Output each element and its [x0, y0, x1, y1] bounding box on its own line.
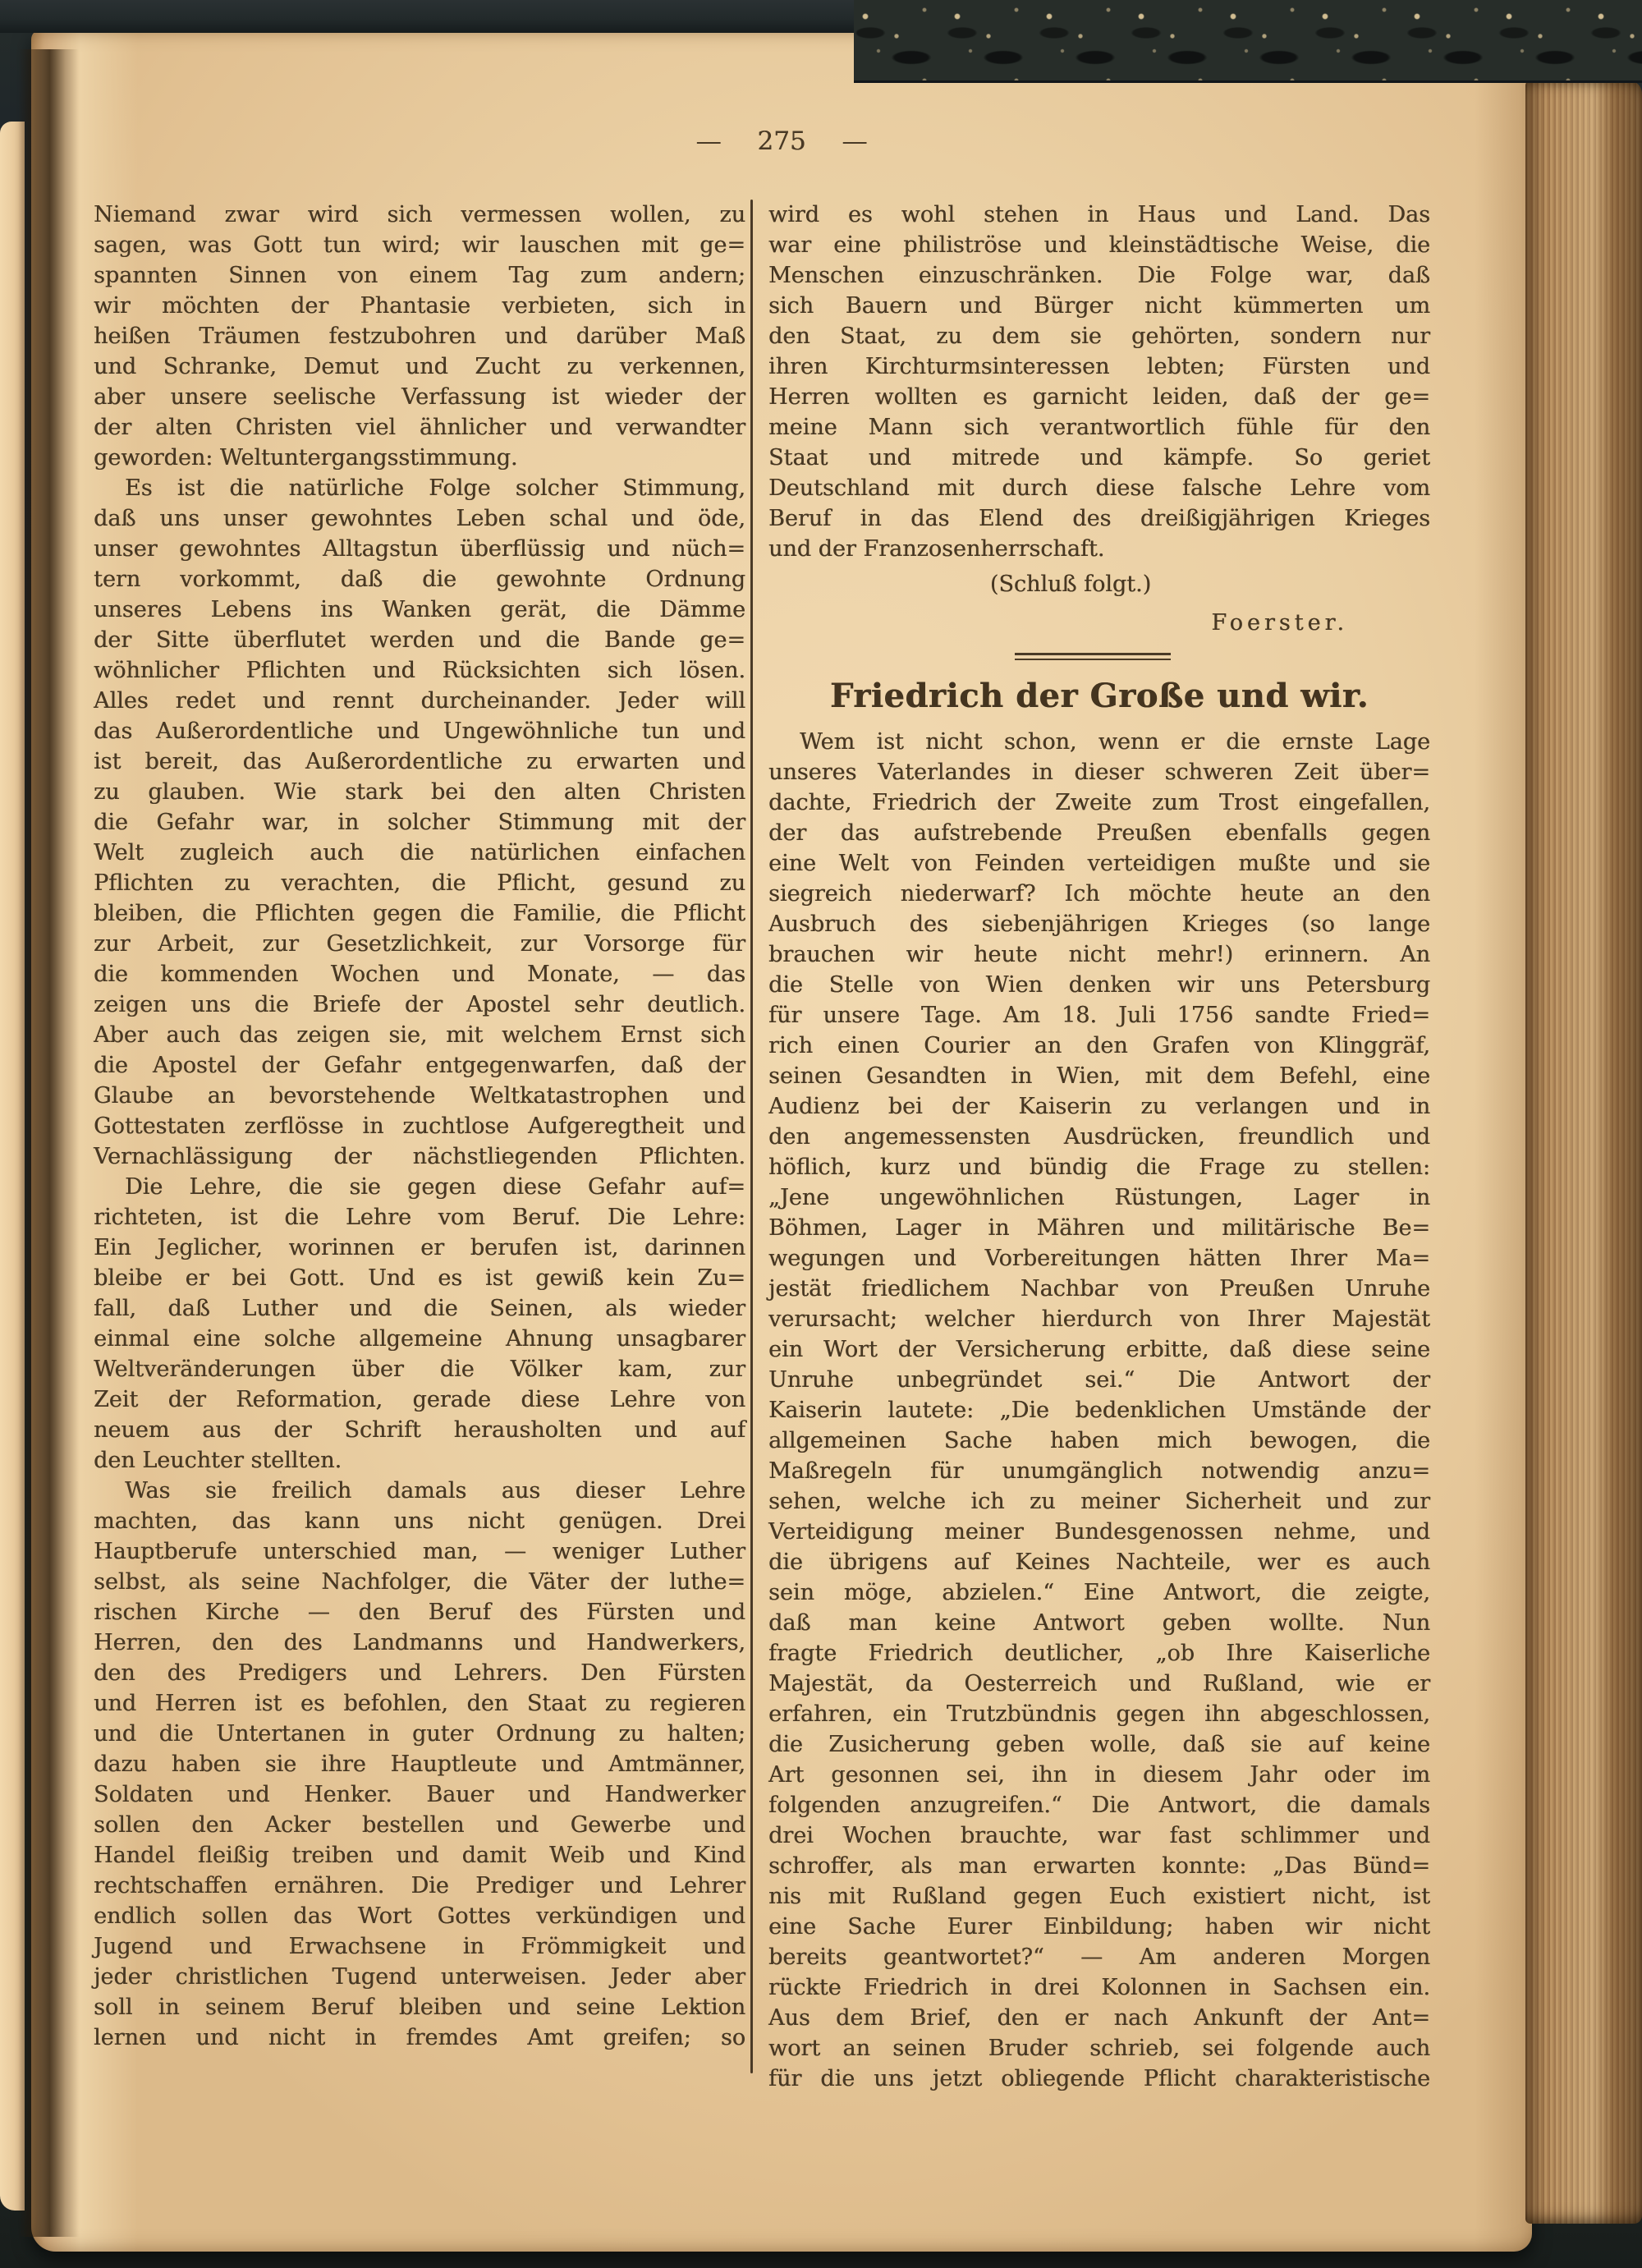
- text-line: ihren Kirchturmsinteressen lebten; Fürst…: [768, 351, 1430, 382]
- text-line: die kommenden Wochen und Monate, — das: [94, 959, 745, 989]
- section-divider-rule: [768, 646, 1430, 666]
- text-line: aber unsere seelische Verfassung ist wie…: [94, 382, 745, 412]
- text-line: Beruf in das Elend des dreißigjährigen K…: [768, 503, 1430, 534]
- book-cover-marbled-corner: [854, 0, 1642, 83]
- text-line: siegreich niederwarf? Ich möchte heute a…: [768, 879, 1430, 909]
- text-line: Maßregeln für unumgänglich notwendig anz…: [768, 1456, 1430, 1486]
- text-line: wegungen und Vorbereitungen hätten Ihrer…: [768, 1243, 1430, 1274]
- text-line: der das aufstrebende Preußen ebenfalls g…: [768, 818, 1430, 848]
- text-line: unser gewohntes Alltagstun überflüssig u…: [94, 534, 745, 564]
- page-number: — 275 —: [31, 126, 1532, 156]
- text-line: den Leuchter stellten.: [94, 1445, 745, 1476]
- text-line: Zeit der Reformation, gerade diese Lehre…: [94, 1384, 745, 1415]
- text-line: Audienz bei der Kaiserin zu verlangen un…: [768, 1091, 1430, 1122]
- text-line: für die uns jetzt obliegende Pflicht cha…: [768, 2064, 1430, 2094]
- text-line: Vernachlässigung der nächstliegenden Pfl…: [94, 1141, 745, 1172]
- text-line: fall, daß Luther und die Seinen, als wie…: [94, 1293, 745, 1324]
- text-line: Alles redet und rennt durcheinander. Jed…: [94, 686, 745, 716]
- text-line: „Jene ungewöhnlichen Rüstungen, Lager in: [768, 1182, 1430, 1213]
- text-line: Niemand zwar wird sich vermessen wollen,…: [94, 200, 745, 230]
- text-line: bleiben, die Pflichten gegen die Familie…: [94, 898, 745, 929]
- text-line: seinen Gesandten in Wien, mit dem Befehl…: [768, 1061, 1430, 1091]
- text-line: schroffer, als man erwarten konnte: „Das…: [768, 1851, 1430, 1881]
- text-line: meine Mann sich verantwortlich fühle für…: [768, 412, 1430, 443]
- text-line: unseres Vaterlandes in dieser schweren Z…: [768, 757, 1430, 787]
- text-line: Verteidigung meiner Bundesgenossen nehme…: [768, 1517, 1430, 1547]
- text-line: einmal eine solche allgemeine Ahnung uns…: [94, 1324, 745, 1354]
- text-line: folgenden anzugreifen.“ Die Antwort, die…: [768, 1790, 1430, 1820]
- text-line: Art gesonnen sei, ihn in diesem Jahr ode…: [768, 1760, 1430, 1790]
- text-line: Aus dem Brief, den er nach Ankunft der A…: [768, 2003, 1430, 2033]
- text-line: jeder christlichen Tugend unterweisen. J…: [94, 1962, 745, 1992]
- text-line: jestät friedlichem Nachbar von Preußen U…: [768, 1274, 1430, 1304]
- text-line: heißen Träumen festzubohren und darüber …: [94, 321, 745, 351]
- text-line: fragte Friedrich deutlicher, „ob Ihre Ka…: [768, 1638, 1430, 1669]
- text-line: richteten, ist die Lehre vom Beruf. Die …: [94, 1202, 745, 1233]
- text-line: bleibe er bei Gott. Und es ist gewiß kei…: [94, 1263, 745, 1293]
- text-line: geworden: Weltuntergangsstimmung.: [94, 443, 745, 473]
- text-line: wöhnlicher Pflichten und Rücksichten sic…: [94, 655, 745, 686]
- text-line: Herren wollten es garnicht leiden, daß d…: [768, 382, 1430, 412]
- text-line: die Apostel der Gefahr entgegenwarfen, d…: [94, 1050, 745, 1081]
- text-line: eine Welt von Feinden verteidigen mußte …: [768, 848, 1430, 879]
- text-line: ein Wort der Versicherung erbitte, daß d…: [768, 1334, 1430, 1365]
- text-line: sich Bauern und Bürger nicht kümmerten u…: [768, 291, 1430, 321]
- text-line: Deutschland mit durch diese falsche Lehr…: [768, 473, 1430, 503]
- text-line: für unsere Tage. Am 18. Juli 1756 sandte…: [768, 1000, 1430, 1031]
- text-line: der alten Christen viel ähnlicher und ve…: [94, 412, 745, 443]
- text-line: Ein Jeglicher, worinnen er berufen ist, …: [94, 1233, 745, 1263]
- text-line: Die Lehre, die sie gegen diese Gefahr au…: [94, 1172, 745, 1202]
- text-line: den angemessensten Ausdrücken, freundlic…: [768, 1122, 1430, 1152]
- text-line: Böhmen, Lager in Mähren und militärische…: [768, 1213, 1430, 1243]
- text-line: unseres Lebens ins Wanken gerät, die Däm…: [94, 595, 745, 625]
- gutter-shadow: [18, 49, 79, 2237]
- text-line: allgemeinen Sache haben mich bewogen, di…: [768, 1426, 1430, 1456]
- text-line: der Sitte überflutet werden und die Band…: [94, 625, 745, 655]
- book-page: — 275 — Niemand zwar wird sich vermessen…: [31, 30, 1532, 2252]
- text-line: und Schranke, Demut und Zucht zu verkenn…: [94, 351, 745, 382]
- text-line: und die Untertanen in guter Ordnung zu h…: [94, 1719, 745, 1749]
- text-line: Hauptberufe unterschied man, — weniger L…: [94, 1536, 745, 1567]
- text-line: sollen den Acker bestellen und Gewerbe u…: [94, 1810, 745, 1840]
- text-line: Handel fleißig treiben und damit Weib un…: [94, 1840, 745, 1871]
- text-line: Aber auch das zeigen sie, mit welchem Er…: [94, 1020, 745, 1050]
- text-line: war eine philiströse und kleinstädtische…: [768, 230, 1430, 260]
- text-line: wird es wohl stehen in Haus und Land. Da…: [768, 200, 1430, 230]
- left-text-column: Niemand zwar wird sich vermessen wollen,…: [94, 200, 745, 2053]
- text-line: sein möge, abzielen.“ Eine Antwort, die …: [768, 1577, 1430, 1608]
- text-line: den Staat, zu dem sie gehörten, sondern …: [768, 321, 1430, 351]
- right-text-column: wird es wohl stehen in Haus und Land. Da…: [768, 200, 1430, 2094]
- text-line: und Herren ist es befohlen, den Staat zu…: [94, 1688, 745, 1719]
- text-line: den des Predigers und Lehrers. Den Fürst…: [94, 1658, 745, 1688]
- text-line: verursacht; welcher hierdurch von Ihrer …: [768, 1304, 1430, 1334]
- text-line: daß man keine Antwort geben wollte. Nun: [768, 1608, 1430, 1638]
- text-line: Soldaten und Henker. Bauer und Handwerke…: [94, 1779, 745, 1810]
- text-line: bereits geantwortet?“ — Am anderen Morge…: [768, 1942, 1430, 1972]
- text-line: lernen und nicht in fremdes Amt greifen;…: [94, 2022, 745, 2053]
- text-line: daß uns unser gewohntes Leben schal und …: [94, 503, 745, 534]
- text-line: endlich sollen das Wort Gottes verkündig…: [94, 1901, 745, 1931]
- text-line: Majestät, da Oesterreich und Rußland, wi…: [768, 1669, 1430, 1699]
- text-line: Welt zugleich auch die natürlichen einfa…: [94, 838, 745, 868]
- text-line: Glaube an bevorstehende Weltkatastrophen…: [94, 1081, 745, 1111]
- text-line: zeigen uns die Briefe der Apostel sehr d…: [94, 989, 745, 1020]
- text-line: zu glauben. Wie stark bei den alten Chri…: [94, 777, 745, 807]
- text-line: tern vorkommt, daß die gewohnte Ordnung: [94, 564, 745, 595]
- text-line: Ausbruch des siebenjährigen Krieges (so …: [768, 909, 1430, 939]
- text-line: Pflichten zu verachten, die Pflicht, ges…: [94, 868, 745, 898]
- text-line: spannten Sinnen von einem Tag zum andern…: [94, 260, 745, 291]
- article-heading: Friedrich der Große und wir.: [768, 673, 1430, 720]
- author-signature: Foerster.: [768, 608, 1430, 638]
- text-line: Staat und mitrede und kämpfe. So geriet: [768, 443, 1430, 473]
- text-line: die übrigens auf Keines Nachteile, wer e…: [768, 1547, 1430, 1577]
- text-line: sehen, welche ich zu meiner Sicherheit u…: [768, 1486, 1430, 1517]
- book-cover-top: [0, 0, 903, 33]
- text-line: selbst, als seine Nachfolger, die Väter …: [94, 1567, 745, 1597]
- text-line: zur Arbeit, zur Gesetzlichkeit, zur Vors…: [94, 929, 745, 959]
- text-line: rich einen Courier an den Grafen von Kli…: [768, 1031, 1430, 1061]
- text-line: Jugend und Erwachsene in Frömmigkeit und: [94, 1931, 745, 1962]
- text-line: Unruhe unbegründet sei.“ Die Antwort der: [768, 1365, 1430, 1395]
- continuation-note: (Schluß folgt.): [740, 569, 1401, 599]
- text-line: dachte, Friedrich der Zweite zum Trost e…: [768, 787, 1430, 818]
- text-line: Gottestaten zerflösse in zuchtlose Aufge…: [94, 1111, 745, 1141]
- text-line: ist bereit, das Außerordentliche zu erwa…: [94, 746, 745, 777]
- text-line: die Gefahr war, in solcher Stimmung mit …: [94, 807, 745, 838]
- text-line: Menschen einzuschränken. Die Folge war, …: [768, 260, 1430, 291]
- text-line: Herren, den des Landmanns und Handwerker…: [94, 1628, 745, 1658]
- text-line: Es ist die natürliche Folge solcher Stim…: [94, 473, 745, 503]
- text-line: eine Sache Eurer Einbildung; haben wir n…: [768, 1912, 1430, 1942]
- text-line: rechtschaffen ernähren. Die Prediger und…: [94, 1871, 745, 1901]
- text-line: wort an seinen Bruder schrieb, sei folge…: [768, 2033, 1430, 2064]
- text-line: höflich, kurz und bündig die Frage zu st…: [768, 1152, 1430, 1182]
- text-line: wir möchten der Phantasie verbieten, sic…: [94, 291, 745, 321]
- text-line: rückte Friedrich in drei Kolonnen in Sac…: [768, 1972, 1430, 2003]
- text-line: Kaiserin lautete: „Die bedenklichen Umst…: [768, 1395, 1430, 1426]
- text-line: die Zusicherung geben wolle, daß sie auf…: [768, 1729, 1430, 1760]
- text-line: Was sie freilich damals aus dieser Lehre: [94, 1476, 745, 1506]
- text-line: die Stelle von Wien denken wir uns Peter…: [768, 970, 1430, 1000]
- text-line: rischen Kirche — den Beruf des Fürsten u…: [94, 1597, 745, 1628]
- text-line: nis mit Rußland gegen Euch existiert nic…: [768, 1881, 1430, 1912]
- text-line: brauchen wir heute nicht mehr!) erinnern…: [768, 939, 1430, 970]
- text-line: sagen, was Gott tun wird; wir lauschen m…: [94, 230, 745, 260]
- text-line: Weltveränderungen über die Völker kam, z…: [94, 1354, 745, 1384]
- book-photo-background: { "document": { "page_number": "275", "p…: [0, 0, 1642, 2268]
- text-line: Wem ist nicht schon, wenn er die ernste …: [768, 727, 1430, 757]
- book-fore-edge-pages: [1525, 80, 1642, 2224]
- text-line: erfahren, ein Trutzbündnis gegen ihn abg…: [768, 1699, 1430, 1729]
- text-line: und der Franzosenherrschaft.: [768, 534, 1430, 564]
- text-line: machten, das kann uns nicht genügen. Dre…: [94, 1506, 745, 1536]
- text-line: dazu haben sie ihre Hauptleute und Amtmä…: [94, 1749, 745, 1779]
- column-divider-rule: [750, 200, 753, 2073]
- text-line: neuem aus der Schrift herausholten und a…: [94, 1415, 745, 1445]
- text-line: das Außerordentliche und Ungewöhnliche t…: [94, 716, 745, 746]
- text-line: drei Wochen brauchte, war fast schlimmer…: [768, 1820, 1430, 1851]
- text-line: soll in seinem Beruf bleiben und seine L…: [94, 1992, 745, 2022]
